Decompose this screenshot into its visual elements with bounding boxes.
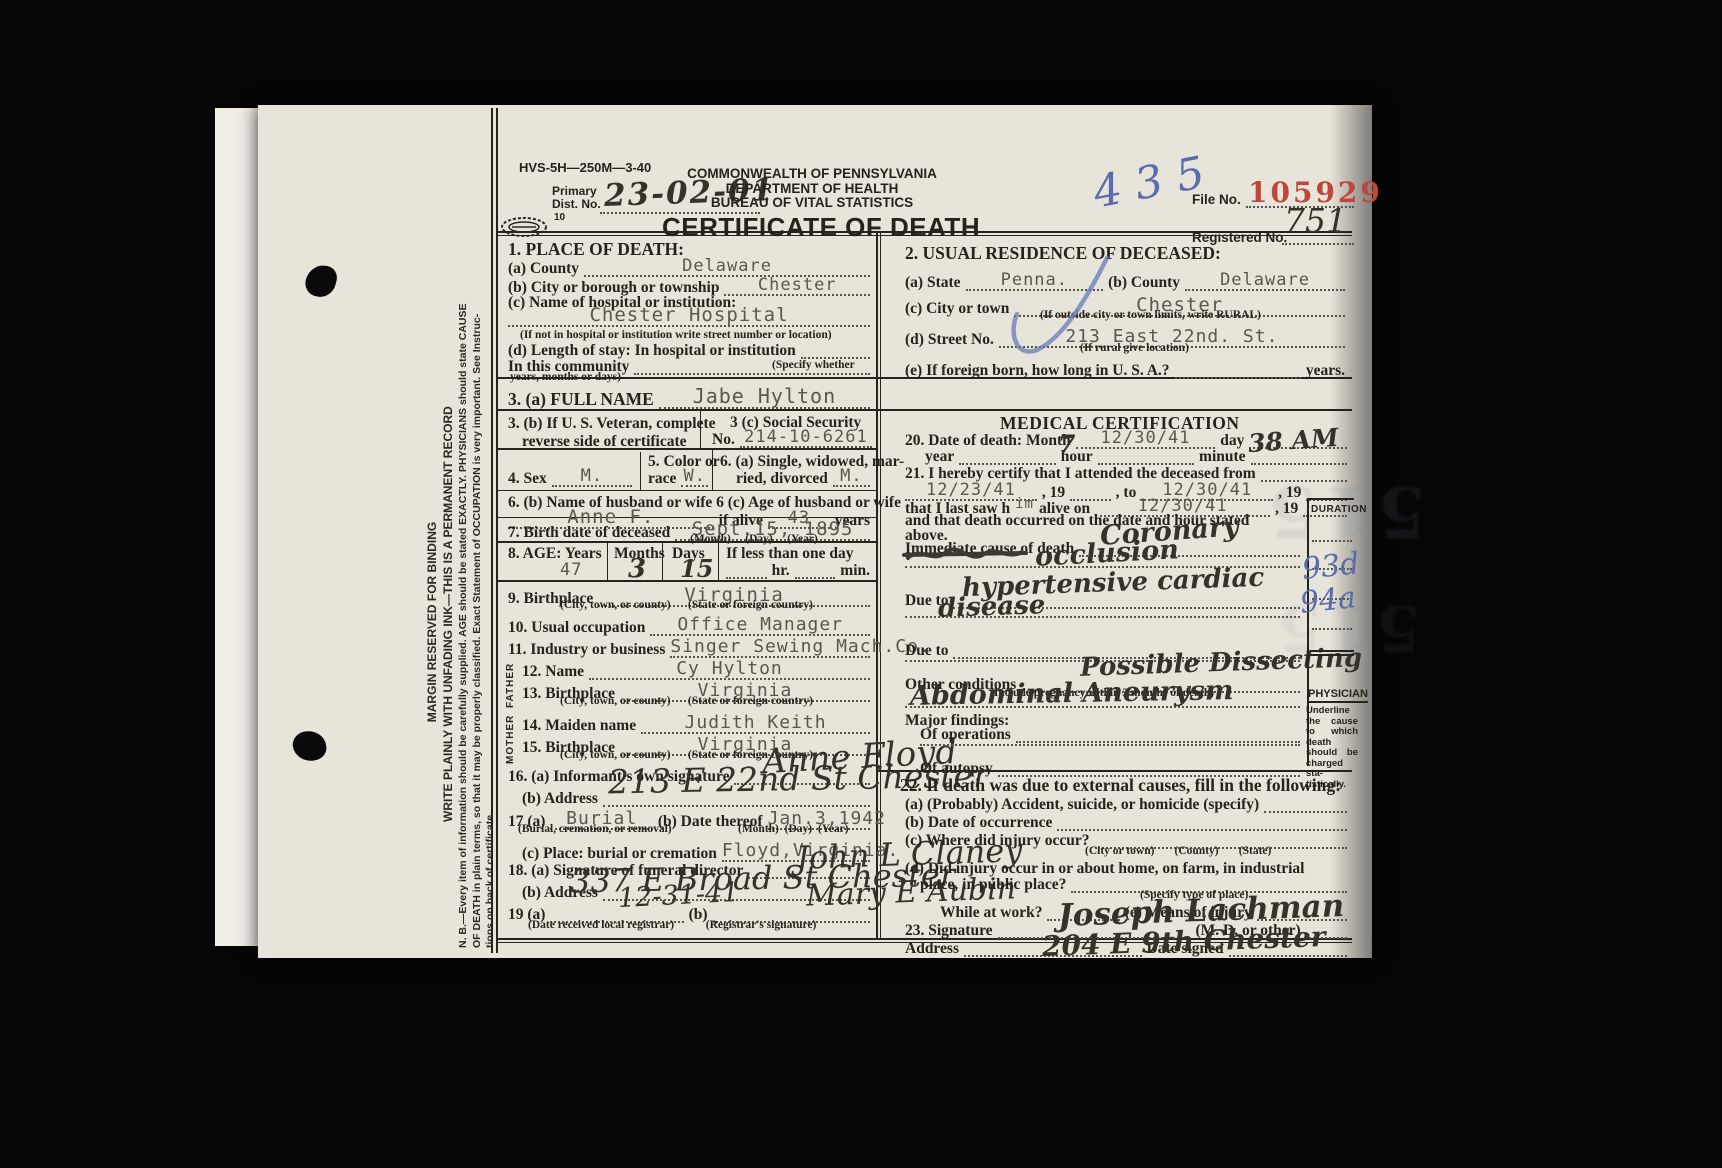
- birthdate-label: 7. Birth date of deceased: [508, 524, 670, 541]
- burial-type-caption: (Burial, cremation, or removal): [518, 824, 672, 836]
- age-months-value: 3: [628, 556, 646, 582]
- med-minute-value: 38 AM: [1247, 425, 1339, 456]
- marital-line: M.: [833, 468, 870, 487]
- s1-hospital-row: Chester Hospital: [508, 306, 870, 327]
- registrar-date-value: 12-31-41: [617, 879, 740, 912]
- marital-row: ried, divorced M.: [736, 468, 870, 487]
- rule-mid-vertical-2: [880, 231, 881, 940]
- s23-signature-label: 23. Signature: [905, 922, 993, 939]
- margin-line-2: WRITE PLAINLY WITH UNFADING INK—THIS IS …: [440, 422, 456, 822]
- duration-dotline-4: [1312, 628, 1352, 630]
- registered-no-value: 751: [1284, 204, 1347, 237]
- s1-community-line: [634, 373, 870, 375]
- ssn-value: 214-10-6261: [744, 429, 868, 446]
- scanned-death-certificate: 515 515 MARGIN RESERVED FOR BINDING WRIT…: [0, 0, 1722, 1168]
- sex-label: 4. Sex: [508, 470, 547, 487]
- fullname-value: Jabe Hylton: [693, 386, 836, 406]
- age-years-value: 47: [560, 562, 582, 579]
- rule-8-top: [497, 541, 878, 543]
- duration-heavy-rule-2: [1310, 654, 1354, 656]
- form-code: HVS-5H—250M—3-40: [519, 160, 651, 175]
- rule-left-double-1: [491, 108, 493, 953]
- s22a-line: [1264, 811, 1347, 813]
- operations-label: Of operations: [920, 726, 1011, 743]
- s22d-label-line2: place, in public place?: [920, 876, 1066, 893]
- marital-value: M.: [840, 468, 862, 485]
- color-value: W.: [683, 468, 705, 485]
- s2-foreign-row: (e) If foreign born, how long in U. S. A…: [905, 362, 1345, 379]
- org-line-3: BUREAU OF VITAL STATISTICS: [662, 196, 962, 211]
- cap-state-foreign: (State or foreign country): [688, 695, 813, 707]
- father-birthplace-captions: (City, town, or county) (State or foreig…: [560, 696, 813, 708]
- registrar-sig-caption: (Registrar's signature): [706, 919, 817, 931]
- margin-binding-note: MARGIN RESERVED FOR BINDING WRITE PLAINL…: [424, 422, 456, 822]
- s22-title: 22. If death was due to external causes,…: [900, 776, 1341, 795]
- s22b-row: (b) Date of occurrence: [905, 814, 1347, 831]
- org-name: COMMONWEALTH OF PENNSYLVANIA DEPARTMENT …: [662, 167, 962, 211]
- ssn-row: No. 214-10-6261: [712, 429, 872, 448]
- med-from-value: 12/23/41: [926, 482, 1016, 499]
- rule-456-divider-1: [640, 452, 641, 490]
- s22c-label: (c) Where did injury occur?: [905, 832, 1090, 849]
- s2-street-label: (d) Street No.: [905, 331, 994, 348]
- mother-vertical-label: MOTHER: [505, 715, 516, 764]
- work-label: While at work?: [940, 904, 1042, 921]
- industry-line: Singer Sewing Mach.Co.: [670, 638, 870, 658]
- father-name-row: 12. Name Cy Hylton: [522, 660, 870, 680]
- age-label: 8. AGE: Years: [508, 545, 602, 562]
- cap-city-town: (City, town, or county): [560, 599, 671, 611]
- color-label-line2: race: [648, 470, 676, 487]
- s22b-line: [1057, 829, 1347, 831]
- cap-month: (Month): [738, 823, 779, 835]
- rule-8-divider-1: [607, 541, 608, 580]
- cap-year: (Year): [787, 533, 818, 545]
- other-conditions-value-2: Abdominal Aneurysm: [910, 677, 1234, 710]
- duration-title: DURATION: [1311, 504, 1367, 515]
- sex-value: M.: [581, 468, 603, 485]
- s2-state-label: (a) State: [905, 274, 961, 291]
- s1-title: 1. PLACE OF DEATH:: [508, 240, 684, 259]
- rule-fullname-bottom: [497, 409, 1352, 411]
- operations-row: Of operations: [920, 726, 1300, 743]
- fullname-line: Jabe Hylton: [659, 386, 870, 409]
- industry-label: 11. Industry or business: [508, 641, 665, 658]
- s22b-label: (b) Date of occurrence: [905, 814, 1052, 831]
- med-year-label: year: [925, 448, 954, 465]
- age-hr-label: hr.: [772, 562, 790, 579]
- med-19c-line: [1303, 515, 1347, 517]
- occupation-row: 10. Usual occupation Office Manager: [508, 616, 870, 636]
- informant-address-line: [603, 805, 870, 807]
- cap-day: (Day): [785, 823, 812, 835]
- s2-foreign-years: years.: [1306, 362, 1345, 379]
- cap-year: (Year): [818, 823, 849, 835]
- operations-line2: [920, 744, 1300, 746]
- cap-month: (Month): [690, 533, 731, 545]
- cap-day: (Day): [745, 533, 772, 545]
- s22a-row: (a) (Probably) Accident, suicide, or hom…: [905, 796, 1347, 813]
- struck-out-word: [900, 540, 1030, 570]
- sex-line: M.: [552, 468, 632, 487]
- s2-county-value: Delaware: [1220, 272, 1310, 289]
- sex-row: 4. Sex M.: [508, 468, 632, 487]
- s2-foreign-label: (e) If foreign born, how long in U. S. A…: [905, 362, 1170, 379]
- cap-city-town: (City, town, or county): [560, 749, 671, 761]
- s1-city-value: Chester: [758, 277, 837, 294]
- margin-line-1: MARGIN RESERVED FOR BINDING: [424, 422, 440, 822]
- seal-superscript: 10: [554, 212, 565, 223]
- s1-stay-row: (d) Length of stay: In hospital or insti…: [508, 342, 870, 359]
- operations-line: [1016, 741, 1300, 743]
- cap-city-town: (City, town, or county): [560, 695, 671, 707]
- marital-label-line2: ried, divorced: [736, 470, 828, 487]
- primary-label-line2: Dist. No.: [552, 198, 601, 211]
- med-19c: , 19: [1275, 500, 1298, 517]
- burial-date-captions: (Month) (Day) (Year): [738, 824, 849, 836]
- mother-name-value: Judith Keith: [685, 714, 827, 732]
- registrar-date-caption: (Date received local registrar): [528, 919, 674, 931]
- registered-no-line: [1282, 243, 1354, 245]
- dueto1-value-2: disease: [938, 592, 1046, 622]
- industry-row: 11. Industry or business Singer Sewing M…: [508, 638, 870, 658]
- father-name-line: Cy Hylton: [589, 660, 870, 680]
- margin-nb-line-1: N. B.—Every item of information should b…: [457, 304, 471, 949]
- duration-box-top: [1307, 498, 1354, 500]
- duration-value-2: 94a: [1299, 583, 1358, 619]
- s23-address-label: Address: [905, 940, 959, 957]
- s22a-label: (a) (Probably) Accident, suicide, or hom…: [905, 796, 1259, 813]
- s2-foreign-line: [1175, 377, 1301, 379]
- cap-state-foreign: (State or foreign country): [688, 599, 813, 611]
- org-line-1: COMMONWEALTH OF PENNSYLVANIA: [662, 167, 962, 182]
- med-month-line: 12/30/41: [1076, 430, 1215, 449]
- med-hour-value: 7: [1058, 432, 1075, 457]
- color-line: W.: [681, 468, 708, 487]
- s22c-captions: (City or town) (County) (State): [1085, 846, 1271, 858]
- occupation-line: Office Manager: [650, 616, 870, 636]
- cap-city-or-town: (City or town): [1085, 845, 1154, 857]
- fullname-row: 3. (a) FULL NAME Jabe Hylton: [508, 386, 870, 409]
- fullname-label: 3. (a) FULL NAME: [508, 390, 654, 409]
- s1-hospital-line: Chester Hospital: [508, 306, 870, 327]
- birthdate-captions: (Month) (Day) (Year): [690, 534, 818, 546]
- rule-mid-vertical-1: [876, 231, 878, 940]
- occupation-label: 10. Usual occupation: [508, 619, 645, 636]
- father-name-value: Cy Hylton: [676, 660, 783, 678]
- registrar-captions: (Date received local registrar) (Registr…: [528, 920, 816, 932]
- primary-dist-label: Primary Dist. No.: [552, 185, 601, 211]
- s1-city-line: Chester: [724, 277, 870, 296]
- seal-icon: [500, 216, 552, 238]
- mother-name-line: Judith Keith: [641, 714, 870, 734]
- mother-name-row: 14. Maiden name Judith Keith: [522, 714, 870, 734]
- med-day-label: day: [1220, 432, 1244, 449]
- duration-heavy-rule-1: [1310, 650, 1354, 652]
- checkmark-annotation: [995, 252, 1135, 362]
- file-no-label: File No.: [1192, 192, 1241, 207]
- med-lastsaw-im: im: [1015, 497, 1034, 511]
- color-row: race W.: [648, 468, 708, 487]
- industry-value: Singer Sewing Mach.Co.: [670, 638, 930, 656]
- physician-title: PHYSICIAN: [1308, 688, 1368, 703]
- s22d-label-line1: (d) Did injury occur in or about home, o…: [905, 860, 1304, 877]
- paper-edge-strip: [215, 108, 261, 946]
- dueto2-label: Due to: [905, 642, 948, 659]
- father-name-label: 12. Name: [522, 663, 584, 680]
- age-min-label: min.: [840, 562, 870, 579]
- certificate-title: CERTIFICATE OF DEATH: [662, 212, 962, 243]
- age-days-value: 15: [680, 557, 713, 581]
- age-hrmin-row: hr. min.: [726, 562, 870, 579]
- s1-hospital-caption: (If not in hospital or institution write…: [520, 330, 832, 342]
- cap-county: (County): [1175, 845, 1219, 857]
- org-line-2: DEPARTMENT OF HEALTH: [662, 182, 962, 197]
- ssn-no-label: No.: [712, 431, 735, 448]
- informant-address-label: (b) Address: [522, 790, 598, 807]
- s1-hospital-value: Chester Hospital: [589, 306, 788, 325]
- age-less-label: If less than one day: [726, 545, 853, 562]
- med-date-label: 20. Date of death: Month: [905, 432, 1071, 449]
- mother-name-label: 14. Maiden name: [522, 717, 636, 734]
- s1-community-caption: years, months or days): [510, 372, 621, 384]
- occupation-value: Office Manager: [677, 616, 843, 634]
- rule-456-bottom: [497, 490, 878, 491]
- rule-8-divider-3: [718, 541, 719, 580]
- s1-stay-label: (d) Length of stay: In hospital or insti…: [508, 342, 796, 359]
- father-vertical-label: FATHER: [505, 663, 516, 708]
- veteran-line-1: 3. (b) If U. S. Veteran, complete: [508, 415, 716, 433]
- ssn-line: 214-10-6261: [740, 429, 872, 448]
- age-min-line: [795, 577, 836, 579]
- margin-nb-line-2: OF DEATH in plain terms, so that it may …: [471, 304, 485, 949]
- veteran-line-2: reverse side of certificate: [508, 433, 716, 451]
- s2-county-line: Delaware: [1185, 272, 1345, 291]
- s2-city-label: (c) City or town: [905, 300, 1009, 317]
- duration-dotline-1: [1312, 540, 1352, 542]
- age-hr-line: [726, 577, 767, 579]
- cap-state: (State): [1239, 845, 1272, 857]
- med-month-value: 12/30/41: [1101, 430, 1191, 447]
- veteran-label: 3. (b) If U. S. Veteran, complete revers…: [508, 415, 716, 451]
- s1-county-label: (a) County: [508, 260, 579, 277]
- birthplace-captions: (City, town, or county) (State or foreig…: [560, 600, 813, 612]
- med-minute-label: minute: [1199, 448, 1246, 465]
- s1-county-value: Delaware: [682, 258, 772, 275]
